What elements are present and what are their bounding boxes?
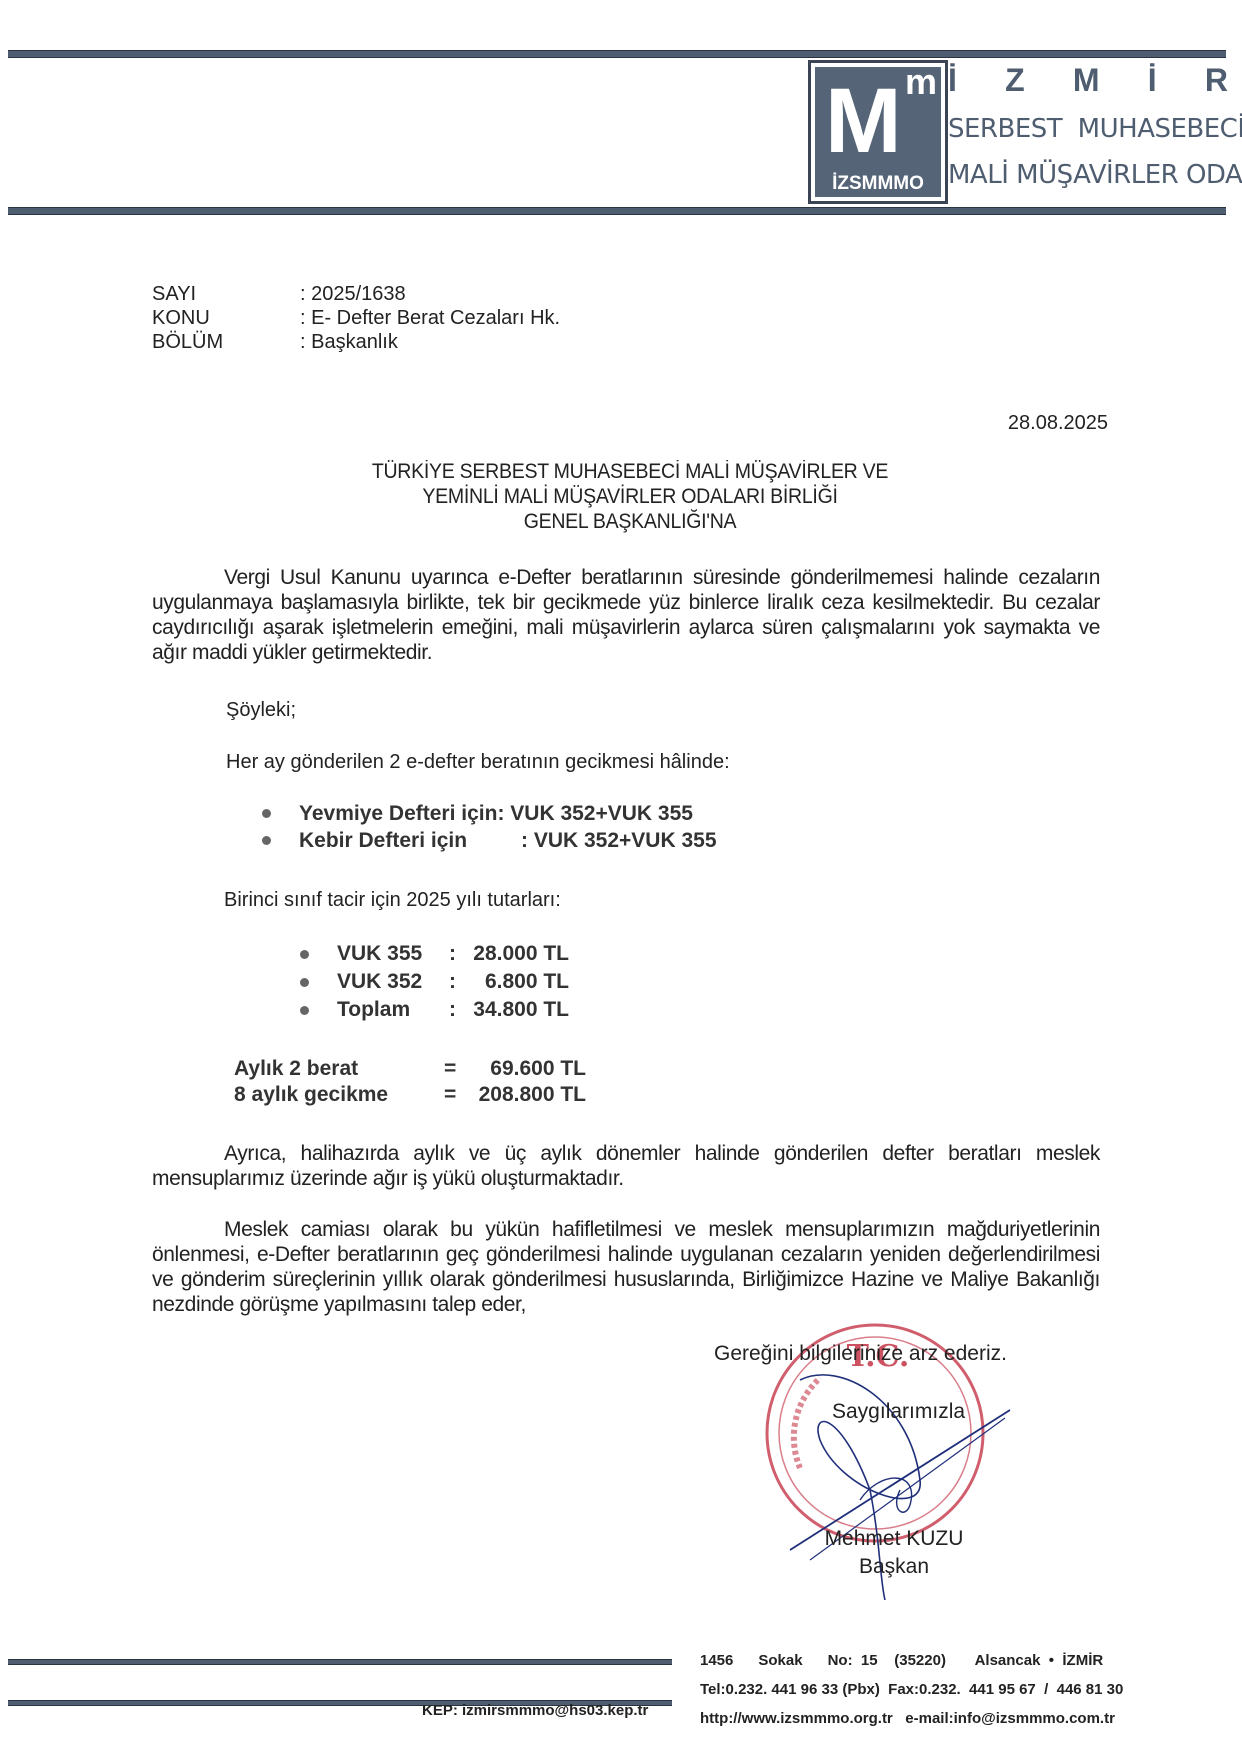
meta-row-konu: KONU : E- Defter Berat Cezaları Hk.	[152, 306, 560, 330]
signer-name: Mehmet KUZU	[794, 1525, 994, 1553]
list-item: VUK 352 :6.800 TL	[300, 968, 569, 996]
amounts-intro: Birinci sınıf tacir için 2025 yılı tutar…	[224, 889, 561, 912]
signer-title: Başkan	[794, 1553, 994, 1581]
footer-phone: Tel:0.232. 441 96 33 (Pbx) Fax:0.232. 44…	[700, 1681, 1123, 1698]
list-item: Kebir Defteri için: VUK 352+VUK 355	[262, 827, 717, 854]
bullet-icon	[300, 1006, 309, 1015]
fines-list: VUK 355 :28.000 TL VUK 352 :6.800 TL Top…	[300, 940, 569, 1024]
soyleki-label: Şöyleki;	[226, 699, 296, 722]
bullet-icon	[262, 809, 271, 818]
letter-meta: SAYI : 2025/1638 KONU : E- Defter Berat …	[152, 282, 560, 354]
logo-abbreviation: İZSMMMO	[815, 173, 941, 195]
org-name-line-1: SERBEST MUHASEBECİ	[948, 114, 1242, 144]
body-paragraph-2: Ayrıca, halihazırda aylık ve üç aylık dö…	[152, 1141, 1100, 1191]
bullet-icon	[300, 978, 309, 987]
list-item: Yevmiye Defteri için: VUK 352+VUK 355	[262, 800, 717, 827]
total-row: 8 aylık gecikme = 208.800 TL	[234, 1082, 586, 1108]
bullet-icon	[262, 836, 271, 845]
header-rule-top	[8, 50, 1226, 58]
logo-letter: M	[825, 75, 900, 167]
org-name-line-2: MALİ MÜŞAVİRLER ODASI	[948, 160, 1242, 190]
total-row: Aylık 2 berat = 69.600 TL	[234, 1056, 586, 1082]
footer-address: 1456 Sokak No: 15 (35220) Alsancak • İZM…	[700, 1652, 1103, 1669]
letter-date: 28.08.2025	[1008, 412, 1108, 435]
meta-row-sayi: SAYI : 2025/1638	[152, 282, 560, 306]
header-rule-bottom	[8, 207, 1226, 215]
body-paragraph-1: Vergi Usul Kanunu uyarınca e-Defter bera…	[152, 565, 1100, 665]
logo-superscript: m	[905, 61, 937, 103]
bullet-icon	[300, 950, 309, 959]
signer-block: Mehmet KUZU Başkan	[794, 1525, 994, 1581]
footer-kep: KEP: izmirsmmmo@hs03.kep.tr	[422, 1702, 648, 1719]
monthly-intro: Her ay gönderilen 2 e-defter beratının g…	[226, 751, 730, 774]
meta-row-bolum: BÖLÜM : Başkanlık	[152, 330, 560, 354]
regards-line: Saygılarımızla	[832, 1400, 965, 1424]
list-item: Toplam :34.800 TL	[300, 996, 569, 1024]
city-title: İ Z M İ R	[948, 62, 1228, 99]
closing-line: Gereğini bilgilerinize arz ederiz.	[714, 1342, 1007, 1366]
totals-block: Aylık 2 berat = 69.600 TL 8 aylık gecikm…	[234, 1056, 586, 1108]
body-paragraph-3: Meslek camiası olarak bu yükün hafifleti…	[152, 1217, 1100, 1317]
organization-logo: M m İZSMMMO	[808, 60, 948, 204]
list-item: VUK 355 :28.000 TL	[300, 940, 569, 968]
footer-rule-top	[8, 1659, 672, 1665]
footer-web[interactable]: http://www.izsmmmo.org.tr e-mail:info@iz…	[700, 1710, 1115, 1727]
recipient-block: TÜRKİYE SERBEST MUHASEBECİ MALİ MÜŞAVİRL…	[230, 459, 1030, 534]
ledger-list: Yevmiye Defteri için: VUK 352+VUK 355 Ke…	[262, 800, 717, 854]
